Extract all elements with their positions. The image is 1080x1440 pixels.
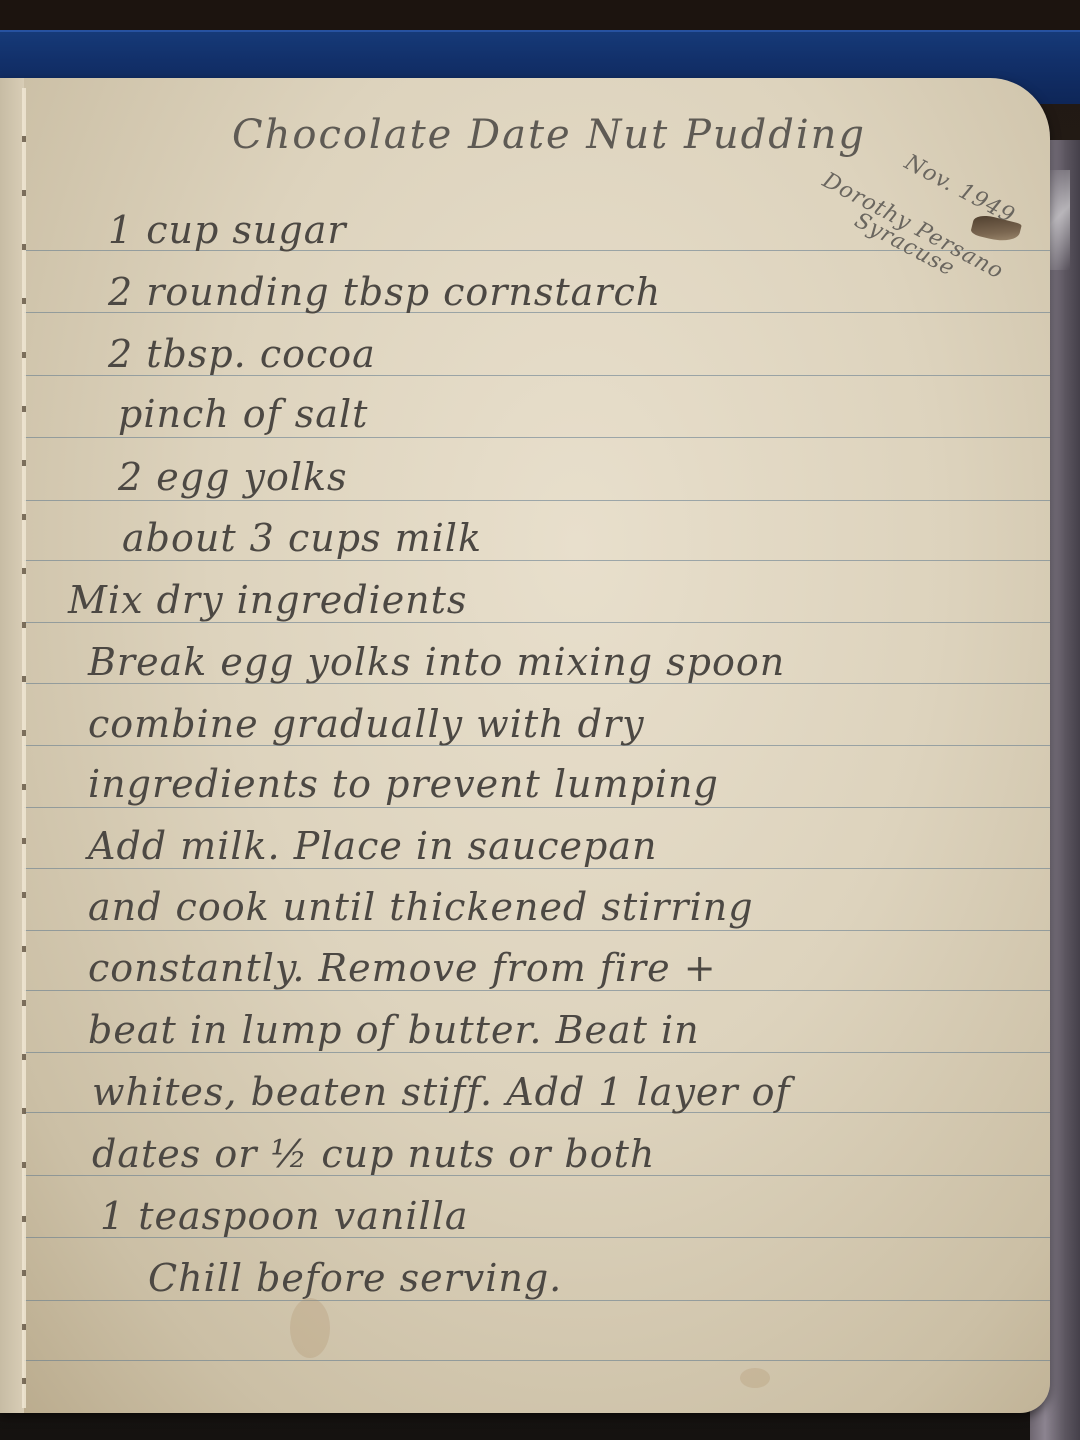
ingredient-item: about 3 cups milk xyxy=(122,516,482,560)
ingredient-item: pinch of salt xyxy=(118,392,368,436)
instruction-line: Add milk. Place in saucepan xyxy=(88,824,657,868)
ruled-line xyxy=(0,1052,1050,1053)
ruled-line xyxy=(0,1360,1050,1361)
ruled-line xyxy=(0,1300,1050,1301)
instruction-line: ingredients to prevent lumping xyxy=(88,762,719,806)
paper-stain xyxy=(290,1298,330,1358)
ruled-line xyxy=(0,622,1050,623)
instruction-line: dates or ½ cup nuts or both xyxy=(92,1132,655,1176)
recipe-title: Chocolate Date Nut Pudding xyxy=(232,112,866,158)
ruled-line xyxy=(0,868,1050,869)
previous-page-edge xyxy=(0,78,24,1413)
ingredient-item: 2 rounding tbsp cornstarch xyxy=(108,270,661,314)
instruction-line: beat in lump of butter. Beat in xyxy=(88,1008,700,1052)
ruled-line xyxy=(0,500,1050,501)
instruction-line: Break egg yolks into mixing spoon xyxy=(88,640,785,684)
dark-background xyxy=(0,0,1080,34)
ruled-line xyxy=(0,807,1050,808)
photo-scene: Chocolate Date Nut Pudding Nov. 1949 Dor… xyxy=(0,0,1080,1440)
ingredient-item: 1 cup sugar xyxy=(108,208,347,252)
instruction-line: whites, beaten stiff. Add 1 layer of xyxy=(92,1070,791,1114)
ruled-line xyxy=(0,437,1050,438)
ruled-line xyxy=(0,930,1050,931)
instruction-line: and cook until thickened stirring xyxy=(88,885,754,929)
ingredient-item: 2 egg yolks xyxy=(118,455,348,499)
ruled-line xyxy=(0,990,1050,991)
ruled-line xyxy=(0,560,1050,561)
instruction-line: constantly. Remove from fire + xyxy=(88,946,717,990)
paper-stain xyxy=(740,1368,770,1388)
stitched-binding xyxy=(22,88,26,1408)
ingredient-item: 2 tbsp. cocoa xyxy=(108,332,376,376)
instruction-line: Chill before serving. xyxy=(148,1256,562,1300)
instruction-line: 1 teaspoon vanilla xyxy=(100,1194,469,1238)
instruction-line: combine gradually with dry xyxy=(88,702,645,746)
instruction-line: Mix dry ingredients xyxy=(68,578,467,622)
